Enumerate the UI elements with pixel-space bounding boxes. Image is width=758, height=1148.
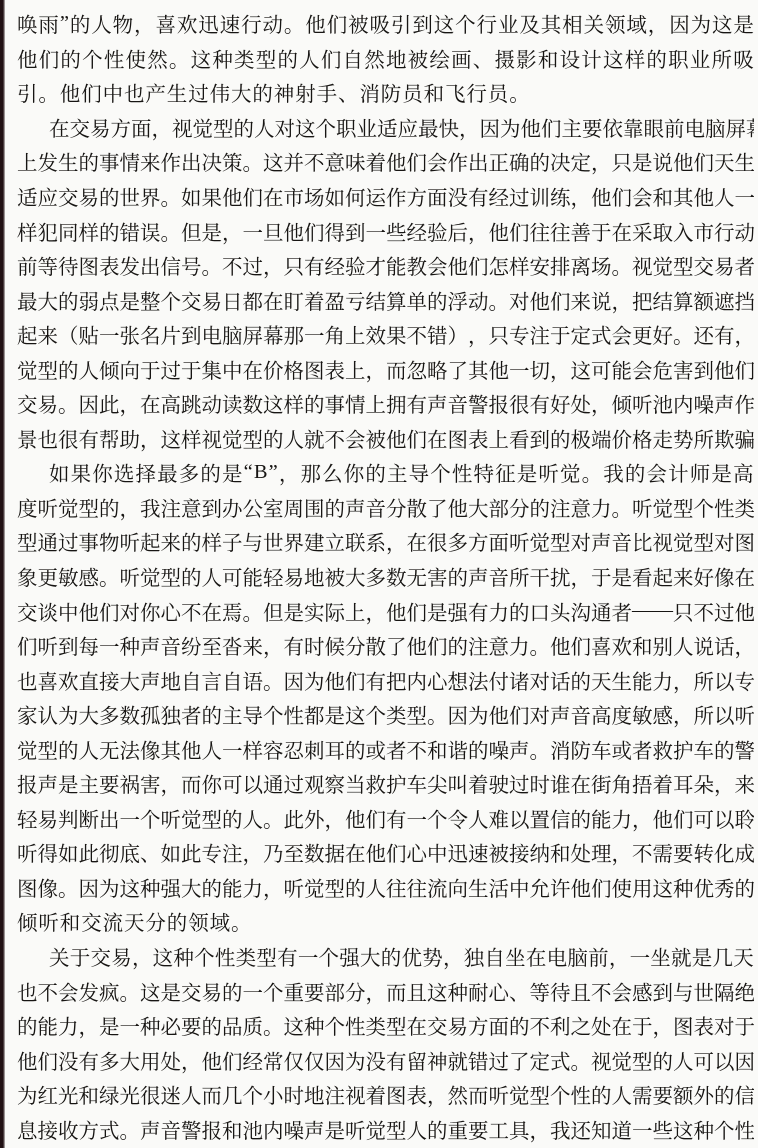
text-line: 前等待图表发出信号。不过，只有经验才能教会他们怎样安排离场。视觉型交易者	[17, 248, 754, 283]
text-line: 交易。因此，在高跳动读数这样的事情上拥有声音警报很有好处，倾听池内噪声作背	[17, 386, 754, 421]
text-line: 象更敏感。听觉型的人可能轻易地被大多数无害的声音所干扰，于是看起来好像在	[17, 559, 754, 594]
text-line: 他们的个性使然。这种类型的人们自然地被绘画、摄影和设计这样的职业所吸	[17, 41, 754, 76]
text-line: 最大的弱点是整个交易日都在盯着盈亏结算单的浮动。对他们来说，把结算额遮挡	[17, 282, 754, 317]
text-line: 也喜欢直接大声地自言自语。因为他们有把内心想法付诸对话的天生能力，所以专	[17, 662, 754, 697]
body-text: 唤雨”的人物，喜欢迅速行动。他们被吸引到这个行业及其相关领域，因为这是他们的个性…	[17, 6, 754, 1146]
text-line: 报声是主要祸害，而你可以通过观察当救护车尖叫着驶过时谁在街角捂着耳朵，来	[17, 766, 754, 801]
text-line: 轻易判断出一个听觉型的人。此外，他们有一个令人难以置信的能力，他们可以聆	[17, 801, 754, 836]
text-line: 为红光和绿光很迷人而几个小时地注视着图表，然而听觉型个性的人需要额外的信	[17, 1077, 754, 1112]
text-line: 息接收方式。声音警报和池内噪声是听觉型人的重要工具，我还知道一些这种个性	[17, 1112, 754, 1147]
text-line: 唤雨”的人物，喜欢迅速行动。他们被吸引到这个行业及其相关领域，因为这是	[17, 6, 754, 41]
text-line: 们听到每一种声音纷至沓来，有时候分散了他们的注意力。他们喜欢和别人说话，	[17, 628, 754, 663]
text-line: 上发生的事情来作出决策。这并不意味着他们会作出正确的决定，只是说他们天生最	[17, 144, 754, 179]
text-line: 他们没有多大用处，他们经常仅仅因为没有留神就错过了定式。视觉型的人可以因	[17, 1042, 754, 1077]
text-line: 型通过事物听起来的样子与世界建立联系，在很多方面听觉型对声音比视觉型对图	[17, 524, 754, 559]
text-line: 的能力，是一种必要的品质。这种个性类型在交易方面的不利之处在于，图表对于	[17, 1008, 754, 1043]
text-line: 在交易方面，视觉型的人对这个职业适应最快，因为他们主要依靠眼前电脑屏幕	[17, 110, 754, 145]
text-line: 觉型的人倾向于过于集中在价格图表上，而忽略了其他一切，这可能会危害到他们的	[17, 351, 754, 386]
text-line: 起来（贴一张名片到电脑屏幕那一角上效果不错），只专注于定式会更好。还有，视	[17, 317, 754, 352]
text-line: 适应交易的世界。如果他们在市场如何运作方面没有经过训练，他们会和其他人一	[17, 179, 754, 214]
text-line: 关于交易，这种个性类型有一个强大的优势，独自坐在电脑前，一坐就是几天	[17, 939, 754, 974]
text-line: 也不会发疯。这是交易的一个重要部分，而且这种耐心、等待且不会感到与世隔绝	[17, 973, 754, 1008]
text-line: 度听觉型的，我注意到办公室周围的声音分散了他大部分的注意力。听觉型个性类	[17, 490, 754, 525]
scan-edge-artifact	[0, 0, 5, 1148]
book-page: 唤雨”的人物，喜欢迅速行动。他们被吸引到这个行业及其相关领域，因为这是他们的个性…	[0, 0, 758, 1148]
text-line: 交谈中他们对你心不在焉。但是实际上，他们是强有力的口头沟通者——只不过他	[17, 593, 754, 628]
text-line: 样犯同样的错误。但是，一旦他们得到一些经验后，他们往往善于在采取入市行动	[17, 213, 754, 248]
text-line: 觉型的人无法像其他人一样容忍刺耳的或者不和谐的噪声。消防车或者救护车的警	[17, 731, 754, 766]
text-line: 图像。因为这种强大的能力，听觉型的人往往流向生活中允许他们使用这种优秀的	[17, 870, 754, 905]
text-line: 引。他们中也产生过伟大的神射手、消防员和飞行员。	[17, 75, 754, 110]
text-line: 如果你选择最多的是“B”，那么你的主导个性特征是听觉。我的会计师是高	[17, 455, 754, 490]
text-line: 家认为大多数孤独者的主导个性都是这个类型。因为他们对声音高度敏感，所以听	[17, 697, 754, 732]
text-line: 听得如此彻底、如此专注，乃至数据在他们心中迅速被接纳和处理，不需要转化成	[17, 835, 754, 870]
text-line: 景也很有帮助，这样视觉型的人就不会被他们在图表上看到的极端价格走势所欺骗。	[17, 421, 754, 456]
text-line: 倾听和交流天分的领域。	[17, 904, 754, 939]
